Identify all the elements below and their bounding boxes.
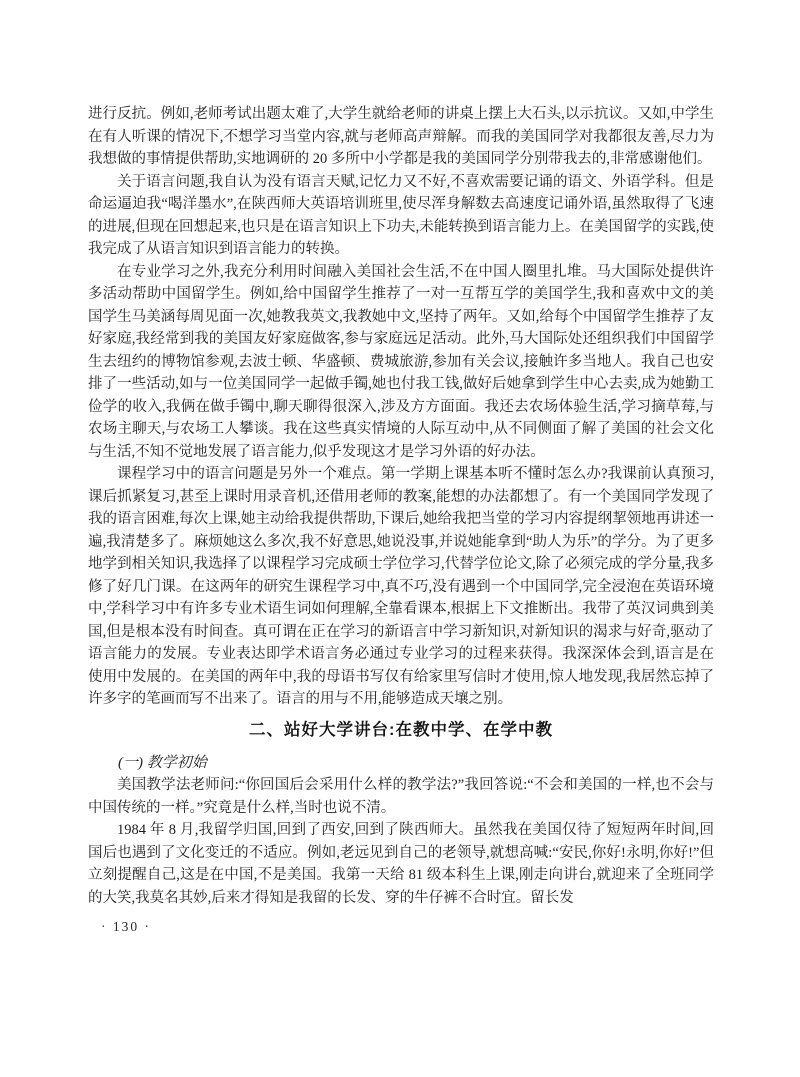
section-heading: 二、站好大学讲台:在教中学、在学中教 — [88, 719, 714, 741]
document-page: 进行反抗。例如,老师考试出题太难了,大学生就给老师的讲桌上摆上大石头,以示抗议。… — [0, 0, 800, 1077]
paragraph-teaching-method-question: 美国教学法老师问:“你回国后会采用什么样的教学法?”我回答说:“不会和美国的一样… — [88, 774, 714, 819]
page-body: 进行反抗。例如,老师考试出题太难了,大学生就给老师的讲桌上摆上大石头,以示抗议。… — [88, 103, 714, 936]
paragraph-continuation: 进行反抗。例如,老师考试出题太难了,大学生就给老师的讲桌上摆上大石头,以示抗议。… — [88, 103, 714, 171]
page-number: · 130 · — [88, 918, 714, 936]
subsection-heading: (一) 教学初始 — [88, 752, 714, 775]
paragraph-course-learning: 课程学习中的语言问题是另外一个难点。第一学期上课基本听不懂时怎么办?我课前认真预… — [88, 463, 714, 711]
paragraph-language-problem: 关于语言问题,我自认为没有语言天赋,记忆力又不好,不喜欢需要记诵的语文、外语学科… — [88, 171, 714, 261]
paragraph-social-life: 在专业学习之外,我充分利用时间融入美国社会生活,不在中国人圈里扎堆。马大国际处提… — [88, 261, 714, 464]
paragraph-return-to-china: 1984 年 8 月,我留学归国,回到了西安,回到了陕西师大。虽然我在美国仅待了… — [88, 819, 714, 909]
